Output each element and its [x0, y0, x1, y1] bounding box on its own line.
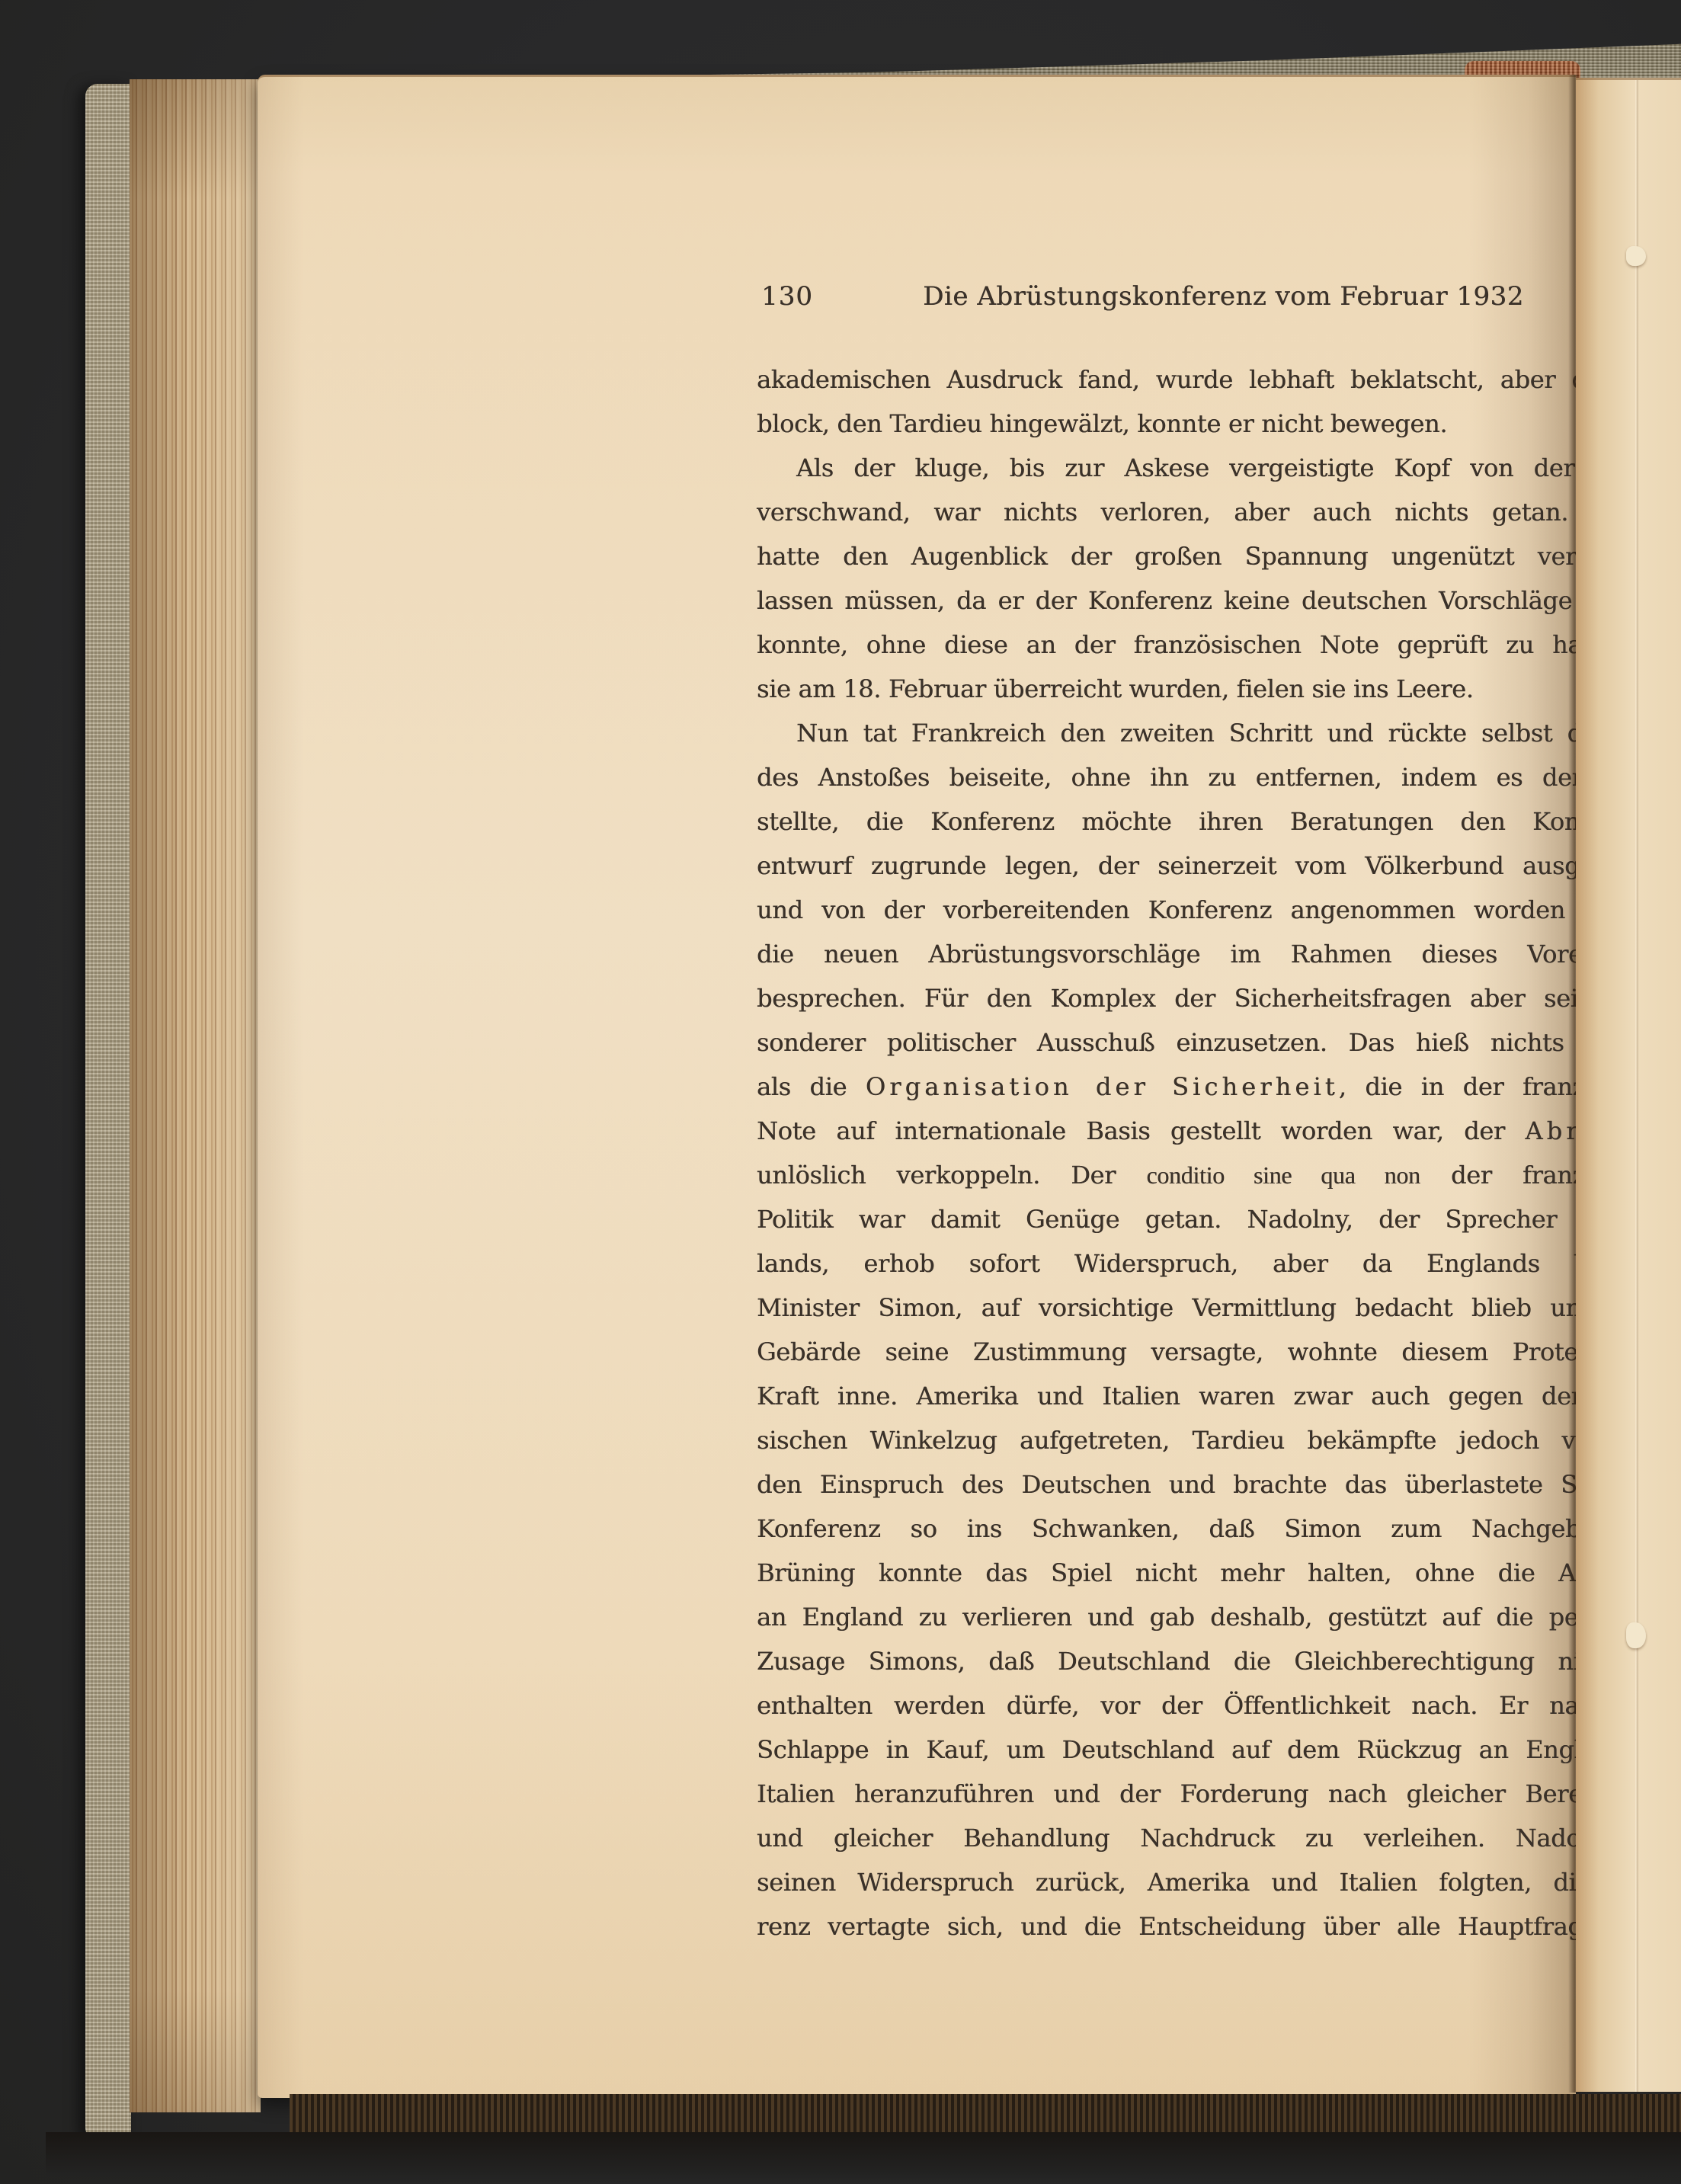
- text-segment-fraktur: konnte, ohne diese an der französischen …: [757, 630, 1681, 659]
- text-segment-fraktur: lassen müssen, da er der Konferenz keine…: [757, 586, 1681, 615]
- text-line: Politik war damit Genüge getan. Nadolny,…: [757, 1197, 1681, 1241]
- text-segment-fraktur: Brüning konnte das Spiel nicht mehr halt…: [757, 1558, 1681, 1587]
- text-block: akademischen Ausdruck fand, wurde lebhaf…: [757, 357, 1681, 1949]
- book-scan: 130 Die Abrüstungskonferenz vom Februar …: [0, 0, 1681, 2184]
- text-line: Schlappe in Kauf, um Deutschland auf dem…: [757, 1728, 1681, 1772]
- text-line: hatte den Augenblick der großen Spannung…: [757, 534, 1681, 578]
- text-line: block, den Tardieu hingewälzt, konnte er…: [757, 402, 1681, 446]
- text-segment-fraktur: akademischen Ausdruck fand, wurde lebhaf…: [757, 365, 1681, 394]
- text-line: verschwand, war nichts verloren, aber au…: [757, 490, 1681, 534]
- text-line: Zusage Simons, daß Deutschland die Gleic…: [757, 1639, 1681, 1683]
- page-stack-fore-edge: [130, 79, 261, 2112]
- text-line: und gleicher Behandlung Nachdruck zu ver…: [757, 1816, 1681, 1860]
- text-segment-fraktur: Nun tat Frankreich den zweiten Schritt u…: [796, 719, 1681, 748]
- text-line: seinen Widerspruch zurück, Amerika und I…: [757, 1860, 1681, 1904]
- paper-nick: [1626, 1622, 1646, 1648]
- text-segment-fraktur: und gleicher Behandlung Nachdruck zu ver…: [757, 1824, 1681, 1853]
- text-segment-fraktur: Minister Simon, auf vorsichtige Vermittl…: [757, 1293, 1681, 1322]
- text-segment-fraktur: des Anstoßes beiseite, ohne ihn zu entfe…: [757, 763, 1681, 792]
- text-segment-fraktur: Kraft inne. Amerika und Italien waren zw…: [757, 1382, 1681, 1411]
- text-segment-fraktur: sie am 18. Februar überreicht wurden, fi…: [757, 674, 1474, 703]
- text-segment-fraktur: Zusage Simons, daß Deutschland die Gleic…: [757, 1647, 1681, 1676]
- page-header: 130 Die Abrüstungskonferenz vom Februar …: [757, 281, 1681, 318]
- running-header: Die Abrüstungskonferenz vom Februar 1932: [757, 281, 1681, 312]
- text-line: den Einspruch des Deutschen und brachte …: [757, 1462, 1681, 1507]
- text-segment-fraktur: seinen Widerspruch zurück, Amerika und I…: [757, 1868, 1681, 1897]
- text-line: Note auf internationale Basis gestellt w…: [757, 1109, 1681, 1153]
- text-line: Italien heranzuführen und der Forderung …: [757, 1772, 1681, 1816]
- text-line: sonderer politischer Ausschuß einzusetze…: [757, 1020, 1681, 1065]
- text-segment-fraktur: besprechen. Für den Komplex der Sicherhe…: [757, 984, 1681, 1013]
- text-segment-fraktur: an England zu verlieren und gab deshalb,…: [757, 1603, 1681, 1632]
- text-line: besprechen. Für den Komplex der Sicherhe…: [757, 976, 1681, 1020]
- text-segment-fraktur: verschwand, war nichts verloren, aber au…: [757, 498, 1681, 527]
- text-line: enthalten werden dürfe, vor der Öffentli…: [757, 1683, 1681, 1728]
- text-segment-fraktur: enthalten werden dürfe, vor der Öffentli…: [757, 1691, 1681, 1720]
- text-line: und von der vorbereitenden Konferenz ang…: [757, 888, 1681, 932]
- text-segment-fraktur: entwurf zugrunde legen, der seinerzeit v…: [757, 851, 1681, 880]
- book-cover-cloth-edge: [85, 84, 131, 2141]
- text-segment-fraktur: block, den Tardieu hingewälzt, konnte er…: [757, 409, 1447, 438]
- text-line: Gebärde seine Zustimmung versagte, wohnt…: [757, 1330, 1681, 1374]
- text-segment-letterspaced: Organisation der Sicherheit: [866, 1072, 1339, 1101]
- text-line: die neuen Abrüstungsvorschläge im Rahmen…: [757, 932, 1681, 976]
- text-line: renz vertagte sich, und die Entscheidung…: [757, 1904, 1681, 1949]
- text-line: Minister Simon, auf vorsichtige Vermittl…: [757, 1286, 1681, 1330]
- text-line: Nun tat Frankreich den zweiten Schritt u…: [757, 711, 1681, 755]
- text-line: sischen Winkelzug aufgetreten, Tardieu b…: [757, 1418, 1681, 1462]
- text-segment-fraktur: sonderer politischer Ausschuß einzusetze…: [757, 1028, 1681, 1057]
- text-segment-fraktur: Schlappe in Kauf, um Deutschland auf dem…: [757, 1735, 1681, 1764]
- text-segment-fraktur: Als der kluge, bis zur Askese vergeistig…: [796, 453, 1681, 482]
- text-segment-fraktur: die neuen Abrüstungsvorschläge im Rahmen…: [757, 940, 1681, 969]
- book-bottom-shadow: [46, 2132, 1681, 2184]
- text-line: konnte, ohne diese an der französischen …: [757, 623, 1681, 667]
- text-segment-fraktur: als die: [757, 1072, 866, 1101]
- left-page: 130 Die Abrüstungskonferenz vom Februar …: [258, 75, 1576, 2098]
- text-line: Brüning konnte das Spiel nicht mehr halt…: [757, 1551, 1681, 1595]
- text-line: entwurf zugrunde legen, der seinerzeit v…: [757, 844, 1681, 888]
- text-segment-fraktur: Italien heranzuführen und der Forderung …: [757, 1779, 1681, 1808]
- text-segment-fraktur: Note auf internationale Basis gestellt w…: [757, 1116, 1525, 1145]
- text-segment-antiqua: conditio sine qua non: [1146, 1161, 1420, 1189]
- text-line: sie am 18. Februar überreicht wurden, fi…: [757, 667, 1681, 711]
- text-segment-fraktur: stellte, die Konferenz möchte ihren Bera…: [757, 807, 1681, 836]
- text-line: lands, erhob sofort Widerspruch, aber da…: [757, 1241, 1681, 1286]
- text-segment-fraktur: unlöslich verkoppeln. Der: [757, 1161, 1146, 1190]
- text-line: akademischen Ausdruck fand, wurde lebhaf…: [757, 357, 1681, 402]
- text-segment-fraktur: renz vertagte sich, und die Entscheidung…: [757, 1912, 1681, 1941]
- paper-nick: [1626, 246, 1646, 266]
- text-segment-fraktur: den Einspruch des Deutschen und brachte …: [757, 1470, 1681, 1499]
- text-line: Als der kluge, bis zur Askese vergeistig…: [757, 446, 1681, 490]
- cover-bottom-edge: [290, 2094, 1681, 2137]
- text-segment-fraktur: hatte den Augenblick der großen Spannung…: [757, 542, 1681, 571]
- text-segment-fraktur: lands, erhob sofort Widerspruch, aber da…: [757, 1249, 1681, 1278]
- facing-page-edge: [1576, 78, 1681, 2092]
- text-line: Kraft inne. Amerika und Italien waren zw…: [757, 1374, 1681, 1418]
- text-line: des Anstoßes beiseite, ohne ihn zu entfe…: [757, 755, 1681, 799]
- text-line: stellte, die Konferenz möchte ihren Bera…: [757, 799, 1681, 844]
- text-line: Konferenz so ins Schwanken, daß Simon zu…: [757, 1507, 1681, 1551]
- text-segment-fraktur: Konferenz so ins Schwanken, daß Simon zu…: [757, 1514, 1681, 1543]
- facing-page-crease: [1635, 80, 1638, 2092]
- text-segment-fraktur: und von der vorbereitenden Konferenz ang…: [757, 895, 1681, 924]
- text-segment-fraktur: Politik war damit Genüge getan. Nadolny,…: [757, 1205, 1681, 1234]
- text-line: als die Organisation der Sicherheit, die…: [757, 1065, 1681, 1109]
- text-line: unlöslich verkoppeln. Der conditio sine …: [757, 1153, 1681, 1197]
- text-segment-fraktur: sischen Winkelzug aufgetreten, Tardieu b…: [757, 1426, 1681, 1455]
- text-segment-fraktur: Gebärde seine Zustimmung versagte, wohnt…: [757, 1337, 1681, 1366]
- text-line: lassen müssen, da er der Konferenz keine…: [757, 578, 1681, 623]
- text-line: an England zu verlieren und gab deshalb,…: [757, 1595, 1681, 1639]
